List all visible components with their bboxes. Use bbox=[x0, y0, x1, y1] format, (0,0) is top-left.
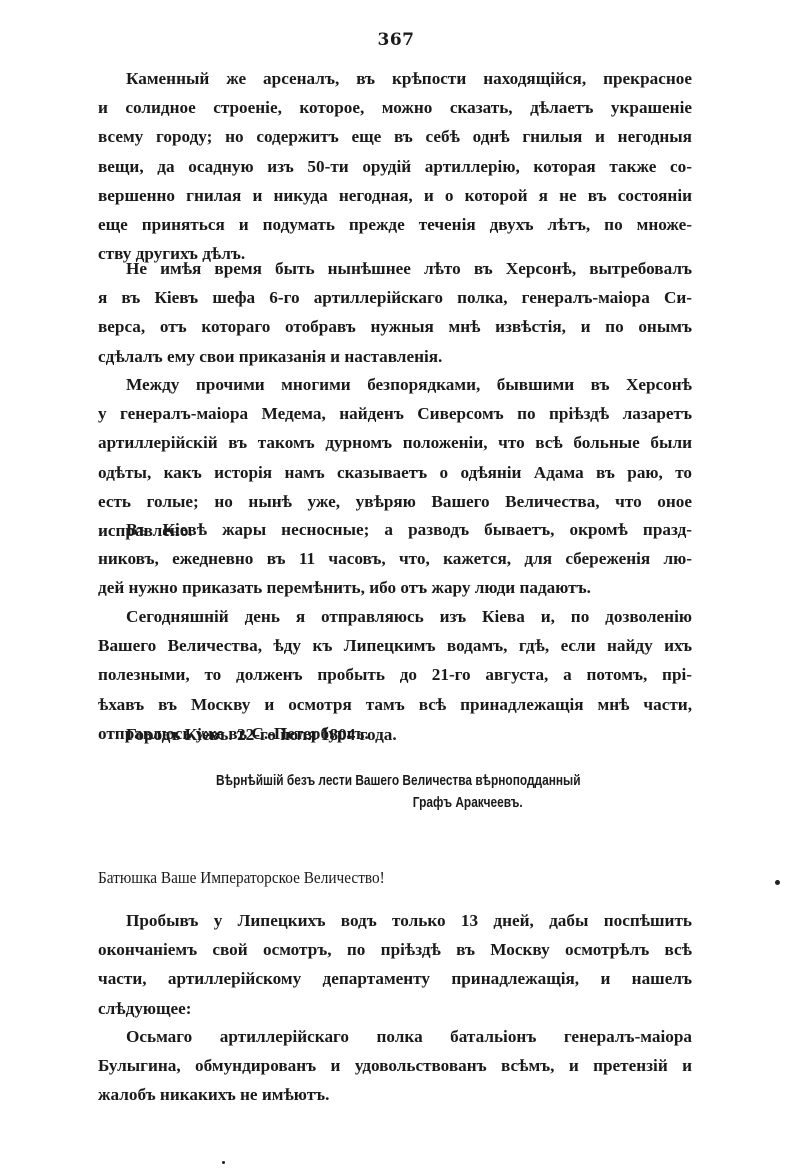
signature-block: Вѣрнѣйшій безъ лести Вашего Величества в… bbox=[216, 770, 581, 814]
signature-closing: Вѣрнѣйшій безъ лести Вашего Величества в… bbox=[216, 773, 581, 789]
paragraph-arsenal: Каменный же арсеналъ, въ крѣпости находя… bbox=[98, 64, 692, 268]
paragraph-heat: Въ Кіевѣ жары несносные; а разводъ бывае… bbox=[98, 515, 692, 603]
text-line: Каменный же арсеналъ, въ крѣпости находя… bbox=[98, 64, 692, 93]
scan-speck bbox=[222, 1161, 225, 1164]
text-line: Вашего Величества, ѣду къ Липецкимъ вода… bbox=[98, 631, 692, 660]
text-line: сдѣлалъ ему свои приказанія и наставлені… bbox=[98, 342, 692, 371]
text-line: еще приняться и подумать прежде теченія … bbox=[98, 210, 692, 239]
page-number: 367 bbox=[0, 30, 792, 50]
text-line: Булыгина, обмундированъ и удовольствован… bbox=[98, 1051, 692, 1080]
paragraph-kherson: Не имѣя время быть нынѣшнее лѣто въ Херс… bbox=[98, 254, 692, 371]
text-line: ѣхавъ въ Москву и осмотря тамъ всѣ прина… bbox=[98, 690, 692, 719]
text-line: никовъ, ежедневно въ 11 часовъ, что, каж… bbox=[98, 544, 692, 573]
text-line: слѣдующее: bbox=[98, 994, 692, 1023]
text-line: вещи, да осадную изъ 50-ти орудій артилл… bbox=[98, 152, 692, 181]
text-line: Осьмаго артиллерійскаго полка батальіонъ… bbox=[98, 1022, 692, 1051]
text-line: вершенно гнилая и никуда негодная, и о к… bbox=[98, 181, 692, 210]
text-line: Между прочими многими безпорядками, бывш… bbox=[98, 370, 692, 399]
text-line: Сегодняшній день я отправляюсь изъ Кіева… bbox=[98, 602, 692, 631]
paragraph-battalion: Осьмаго артиллерійскаго полка батальіонъ… bbox=[98, 1022, 692, 1110]
salutation: Батюшка Ваше Императорское Величество! bbox=[98, 868, 385, 888]
text-line: есть голые; но нынѣ уже, увѣряю Вашего В… bbox=[98, 487, 692, 516]
text-line: артиллерійскій въ такомъ дурномъ положен… bbox=[98, 428, 692, 457]
text-line: я въ Кіевъ шефа 6-го артиллерійскаго пол… bbox=[98, 283, 692, 312]
text-line: и солидное строеніе, которое, можно сказ… bbox=[98, 93, 692, 122]
text-line: всему городу; но содержитъ еще въ себѣ о… bbox=[98, 122, 692, 151]
text-line: у генералъ-маіора Медема, найденъ Сиверс… bbox=[98, 399, 692, 428]
text-line: полезными, то долженъ пробыть до 21-го а… bbox=[98, 660, 692, 689]
signature-name: Графъ Аракчеевъ. bbox=[216, 792, 581, 814]
text-line: верса, отъ котораго отобравъ нужныя мнѣ … bbox=[98, 312, 692, 341]
text-line: Пробывъ у Липецкихъ водъ только 13 дней,… bbox=[98, 906, 692, 935]
text-line: окончаніемъ свой осмотръ, по пріѣздѣ въ … bbox=[98, 935, 692, 964]
dateline: Городъ Кіевъ. 22-го іюля 1804 года. bbox=[98, 720, 692, 749]
text-line: Не имѣя время быть нынѣшнее лѣто въ Херс… bbox=[98, 254, 692, 283]
text-line: жалобъ никакихъ не имѣютъ. bbox=[98, 1080, 692, 1109]
text-line: Городъ Кіевъ. 22-го іюля 1804 года. bbox=[98, 720, 692, 749]
text-line: дей нужно приказать перемѣнить, ибо отъ … bbox=[98, 573, 692, 602]
text-line: Въ Кіевѣ жары несносные; а разводъ бывае… bbox=[98, 515, 692, 544]
text-line: части, артиллерійскому департаменту прин… bbox=[98, 964, 692, 993]
text-line: одѣты, какъ исторія намъ сказываетъ о од… bbox=[98, 458, 692, 487]
scan-speck bbox=[775, 880, 780, 885]
paragraph-lipetsk: Пробывъ у Липецкихъ водъ только 13 дней,… bbox=[98, 906, 692, 1023]
